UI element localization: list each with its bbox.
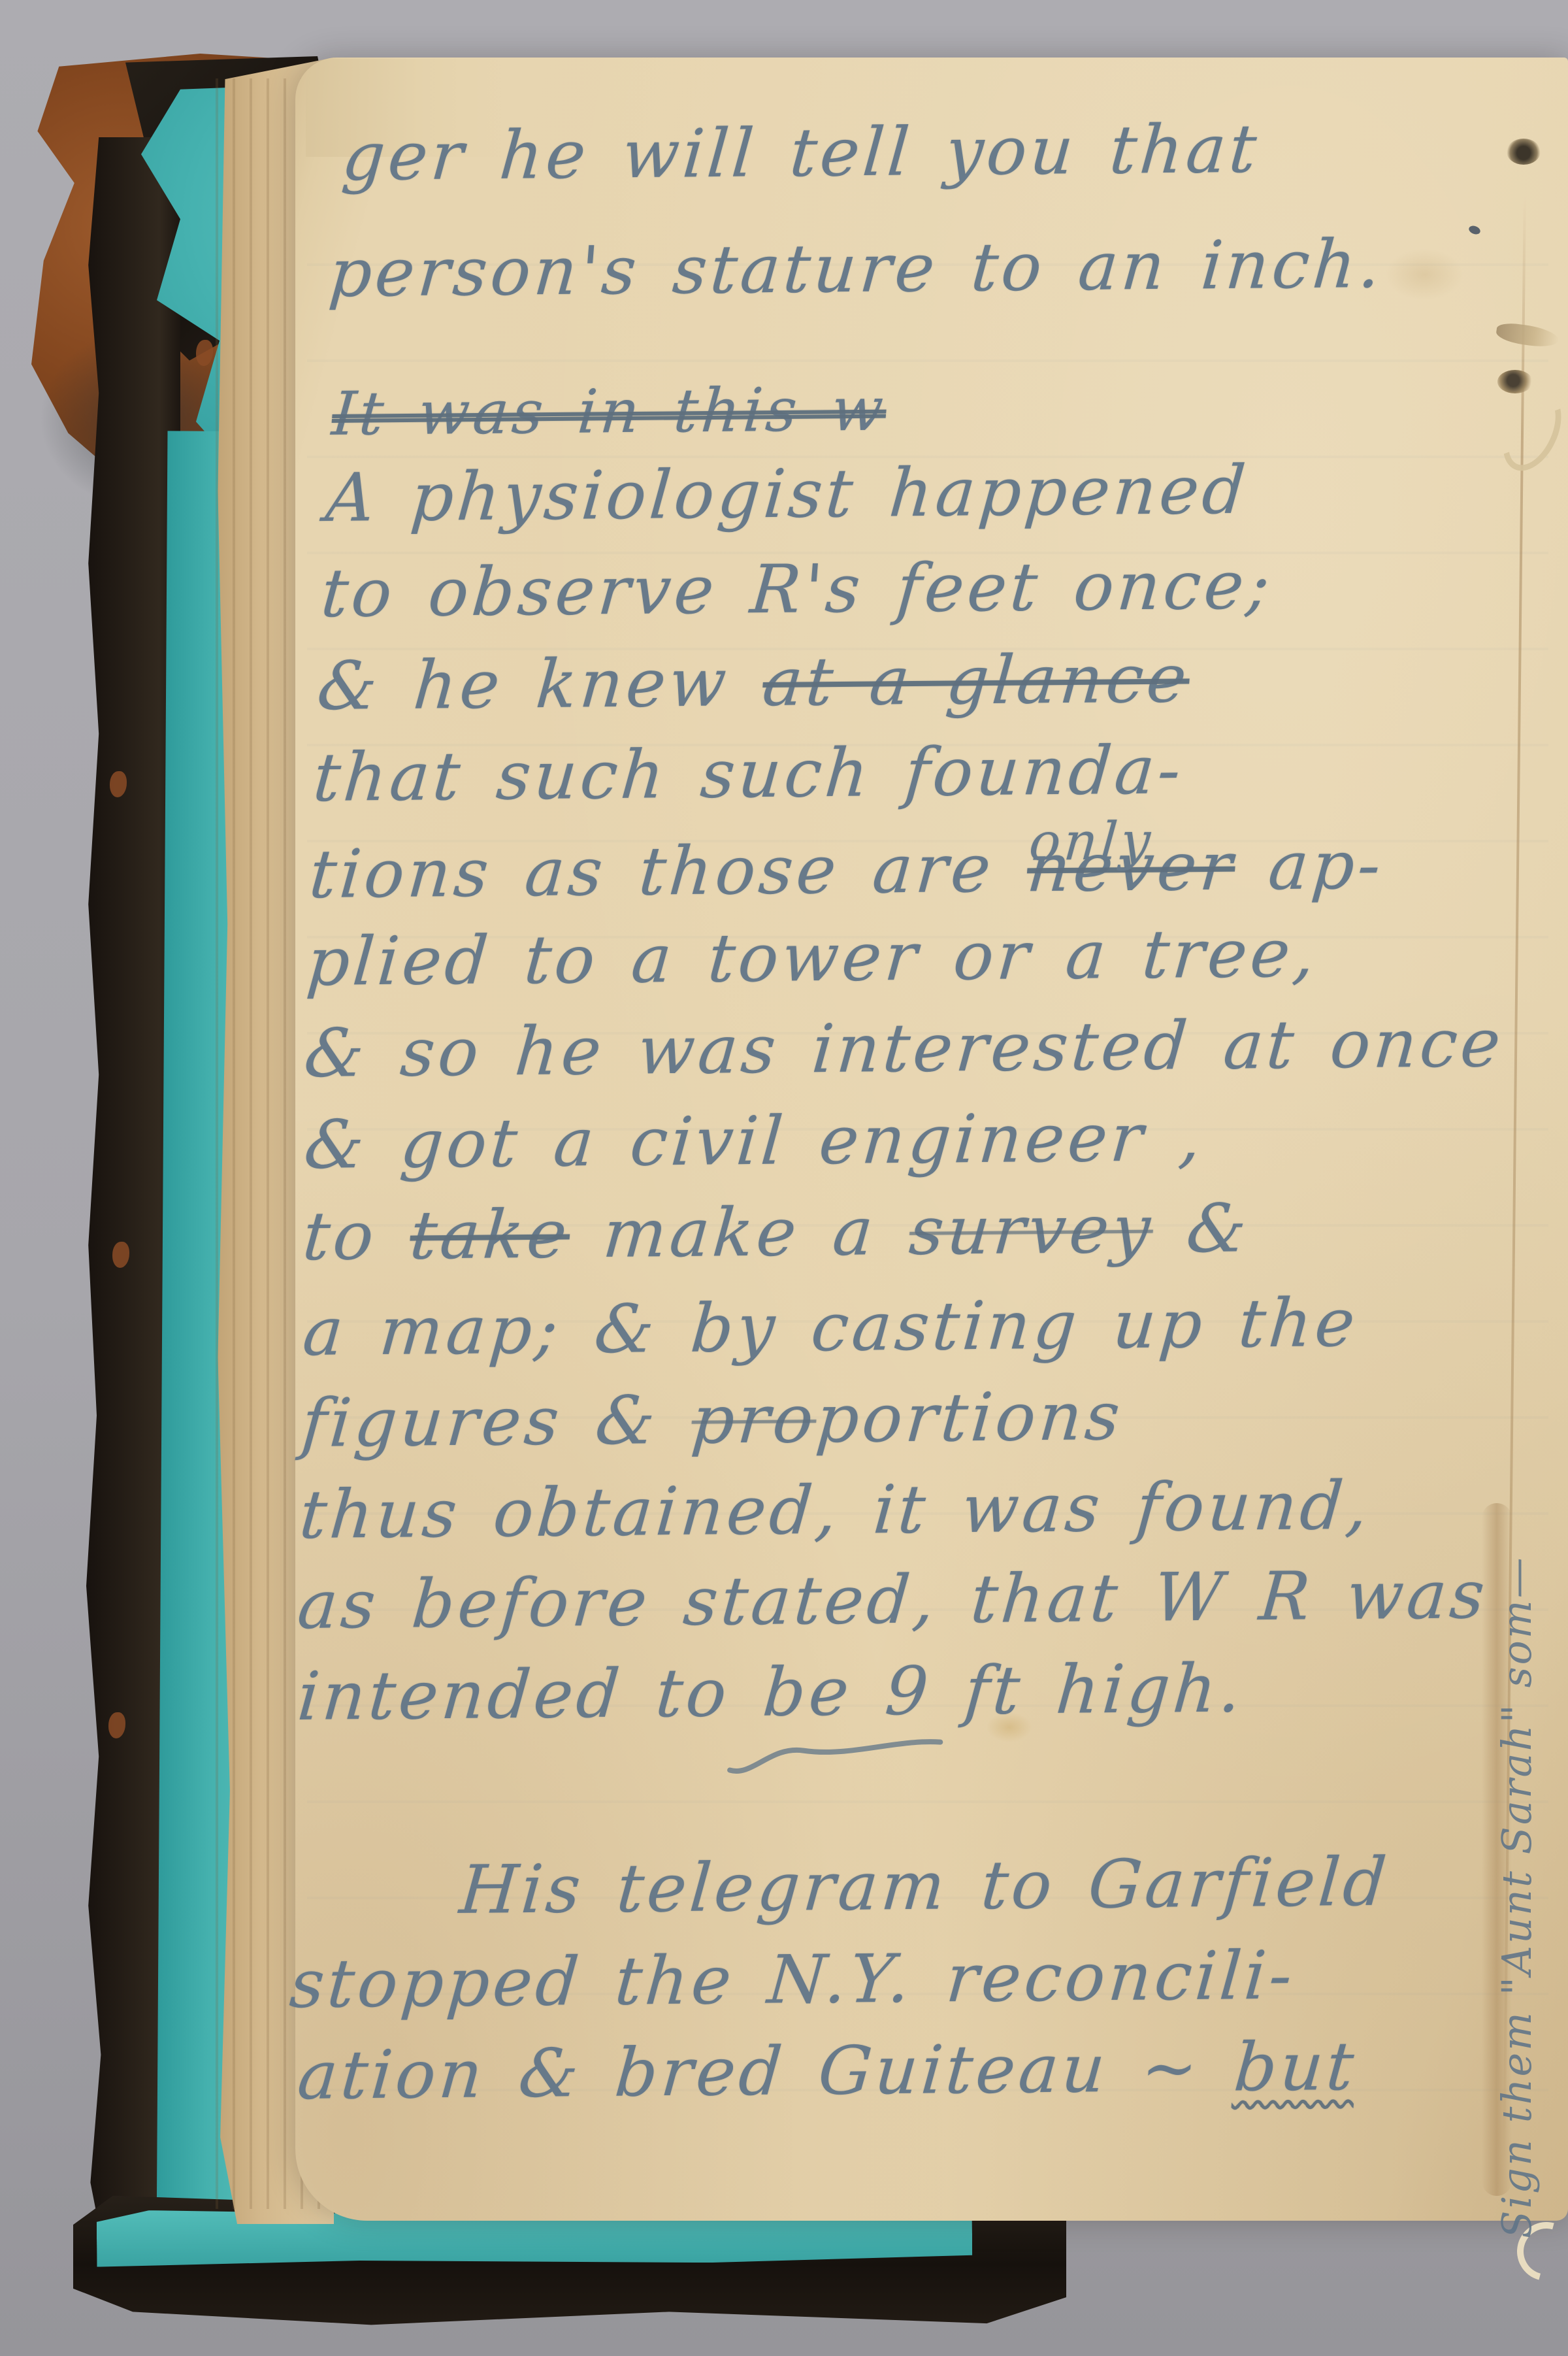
manuscript-line: tions as those are onlynever ap- [307, 833, 1386, 908]
handwritten-text: ation & bred Guiteau ~ [295, 2029, 1237, 2115]
handwritten-text: but [1232, 2028, 1360, 2107]
manuscript-line: to take make a survey & [301, 1195, 1252, 1270]
manuscript-line: intended to be 9 ft high. [295, 1655, 1247, 1731]
manuscript-line: His telegram to Garfield [457, 1850, 1392, 1924]
handwritten-text: to observe R's feet once; [318, 546, 1275, 633]
handwritten-text: & got a civil engineer , [301, 1099, 1207, 1184]
struck-text: survey [907, 1191, 1156, 1270]
handwritten-text: thus obtained, it was found, [297, 1467, 1373, 1554]
manuscript-line: ation & bred Guiteau ~ but [295, 2034, 1359, 2110]
manuscript-text: ger he will tell you thatperson's statur… [0, 0, 1568, 2356]
manuscript-line: thus obtained, it was found, [297, 1473, 1373, 1549]
handwritten-text: person's stature to an inch. [326, 225, 1386, 312]
handwritten-text: make a [566, 1193, 913, 1274]
manuscript-line: & so he was interested at once [302, 1010, 1506, 1087]
handwritten-text: a map; & by casting up the [300, 1284, 1361, 1371]
handwritten-text: ger he will tell you that [339, 110, 1262, 196]
struck-text: pro [689, 1380, 819, 1459]
manuscript-line: & he knew at a glance [315, 646, 1192, 720]
manuscript-line: figures & proportions [299, 1384, 1125, 1457]
struck-text: It was in this w [329, 374, 889, 449]
vertical-margin-note: Sign them "Aunt Sarah" som— [1493, 1219, 1565, 2238]
handwritten-text: stopped the N.Y. reconcili- [287, 1937, 1298, 2023]
struck-text: at a glance [760, 640, 1192, 722]
manuscript-line: It was in this w [330, 380, 889, 444]
manuscript-line: to observe R's feet once; [319, 552, 1275, 627]
handwritten-text: figures & [299, 1382, 694, 1463]
notebook-photo-scene: Ch ger he will tell you thatperson's sta… [0, 0, 1568, 2356]
handwritten-text: portions [813, 1378, 1126, 1458]
struck-text: take [407, 1195, 573, 1274]
manuscript-line: ger he will tell you that [340, 116, 1262, 191]
handwritten-text: ap- [1232, 827, 1387, 906]
manuscript-line: that such such founda- [311, 737, 1186, 812]
handwritten-text: A physiologist happened [323, 452, 1251, 537]
handwritten-text: His telegram to Garfield [457, 1844, 1392, 1929]
handwritten-text: & so he was interested at once [301, 1004, 1506, 1093]
manuscript-line: plied to a tower or a tree, [304, 921, 1320, 996]
manuscript-line: A physiologist happened [323, 457, 1251, 532]
manuscript-line: stopped the N.Y. reconcili- [287, 1943, 1298, 2018]
handwritten-text: that such such founda- [310, 731, 1186, 817]
handwritten-text: & [1150, 1189, 1252, 1268]
handwritten-text: tions as those are [306, 829, 1030, 914]
handwritten-text: plied to a tower or a tree, [304, 915, 1320, 1001]
handwritten-text: intended to be 9 ft high. [295, 1650, 1247, 1736]
manuscript-line: & got a civil engineer , [302, 1104, 1207, 1179]
handwritten-text: to [300, 1197, 413, 1276]
manuscript-line: a map; & by casting up the [301, 1290, 1360, 1366]
handwritten-text: & he knew [314, 644, 766, 725]
manuscript-line: person's stature to an inch. [327, 231, 1386, 307]
handwritten-text: as before stated, that W R was [295, 1556, 1490, 1644]
manuscript-line: as before stated, that W R was [295, 1562, 1490, 1639]
